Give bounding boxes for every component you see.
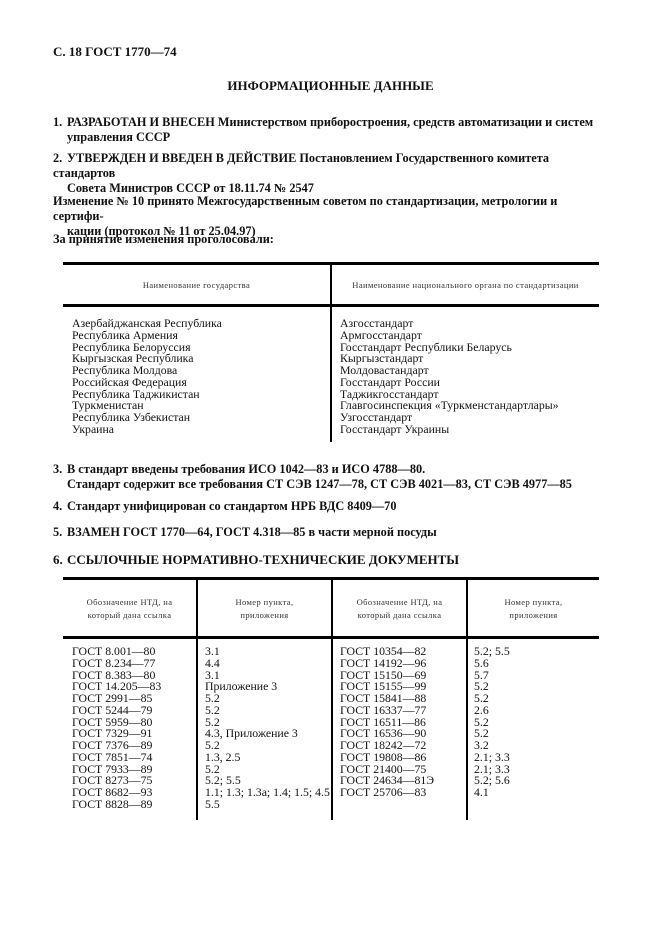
page-header: С. 18 ГОСТ 1770—74 [53,44,177,60]
info-item-5: 5.ВЗАМЕН ГОСТ 1770—64, ГОСТ 4.318—85 в ч… [53,525,601,540]
header-item-right: Номер пункта, приложения [468,596,599,622]
header-line: который дана ссылка [63,609,196,622]
header-line: приложения [198,609,331,622]
voted-label: За принятие изменения проголосовали: [53,232,601,247]
item-text: Стандарт унифицирован со стандартом НРБ … [67,499,396,513]
clause-number: 5.2 [205,705,330,717]
states-column: Азербайджанская РеспубликаРеспублика Арм… [72,318,222,436]
clause-number: Приложение 3 [205,681,330,693]
item-lead: УТВЕРЖДЕН И ВВЕДЕН В ДЕЙСТВИЕ [67,151,296,165]
clause-number: 4.1 [474,787,510,799]
header-line: Обозначение НТД, на [333,596,466,609]
info-item-4: 4.Стандарт унифицирован со стандартом НР… [53,499,601,514]
header-body: Наименование национального органа по ста… [332,279,599,292]
standards-body-name: Госстандарт Украины [340,424,559,436]
item-number: 6. [53,552,67,567]
right-items-column: 5.2; 5.55.65.75.25.22.65.25.23.22.1; 3.3… [474,646,510,799]
ntd-designation: ГОСТ 8828—89 [72,799,161,811]
header-line: приложения [468,609,599,622]
info-item-2: 2.УТВЕРЖДЕН И ВВЕДЕН В ДЕЙСТВИЕ Постанов… [53,151,601,196]
states-table: Наименование государства Наименование на… [63,262,599,444]
bodies-column: АзгосстандартАрмгосстандартГосстандарт Р… [340,318,559,436]
item-text: ССЫЛОЧНЫЕ НОРМАТИВНО-ТЕХНИЧЕСКИЕ ДОКУМЕН… [67,552,459,567]
item-number: 4. [53,499,67,514]
clause-number: 5.2 [205,693,330,705]
item-number: 3. [53,462,67,477]
clause-number: 1.1; 1.3; 1.3а; 1.4; 1.5; 4.5 [205,787,330,799]
amendment-line-1: Изменение № 10 принято Межгосударственны… [53,194,557,223]
header-ntd-right: Обозначение НТД, на который дана ссылка [333,596,466,622]
item-text: ВЗАМЕН ГОСТ 1770—64, ГОСТ 4.318—85 в час… [67,525,437,539]
item-lead: РАЗРАБОТАН И ВНЕСЕН [67,115,215,129]
left-items-column: 3.14.43.1Приложение 35.25.25.24.3, Прило… [205,646,330,811]
page-title: ИНФОРМАЦИОННЫЕ ДАННЫЕ [0,78,661,94]
header-ntd-left: Обозначение НТД, на который дана ссылка [63,596,196,622]
ntd-designation: ГОСТ 25706—83 [340,787,434,799]
info-item-3: 3.В стандарт введены требования ИСО 1042… [53,462,601,492]
item-text-cont: управления СССР [53,130,601,145]
item-text: В стандарт введены требования ИСО 1042—8… [67,462,425,476]
clause-number: 4.3, Приложение 3 [205,728,330,740]
header-line: Номер пункта, [198,596,331,609]
item-text-cont: Стандарт содержит все требования СТ СЭВ … [53,477,601,492]
references-table: Обозначение НТД, на который дана ссылка … [63,577,599,820]
info-item-1: 1.РАЗРАБОТАН И ВНЕСЕН Министерством приб… [53,115,601,145]
header-line: который дана ссылка [333,609,466,622]
item-number: 2. [53,151,67,166]
clause-number: 4.4 [205,658,330,670]
clause-number: 3.1 [205,646,330,658]
clause-number: 5.5 [205,799,330,811]
header-item-left: Номер пункта, приложения [198,596,331,622]
clause-number: 1.3, 2.5 [205,752,330,764]
header-state: Наименование государства [63,279,330,292]
item-number: 5. [53,525,67,540]
info-item-6: 6.ССЫЛОЧНЫЕ НОРМАТИВНО-ТЕХНИЧЕСКИЕ ДОКУМ… [53,552,601,567]
item-number: 1. [53,115,67,130]
right-docs-column: ГОСТ 10354—82ГОСТ 14192—96ГОСТ 15150—69Г… [340,646,434,799]
header-line: Обозначение НТД, на [63,596,196,609]
item-text: Министерством приборостроения, средств а… [215,115,593,129]
left-docs-column: ГОСТ 8.001—80ГОСТ 8.234—77ГОСТ 8.383—80Г… [72,646,161,811]
header-line: Номер пункта, [468,596,599,609]
state-name: Украина [72,424,222,436]
